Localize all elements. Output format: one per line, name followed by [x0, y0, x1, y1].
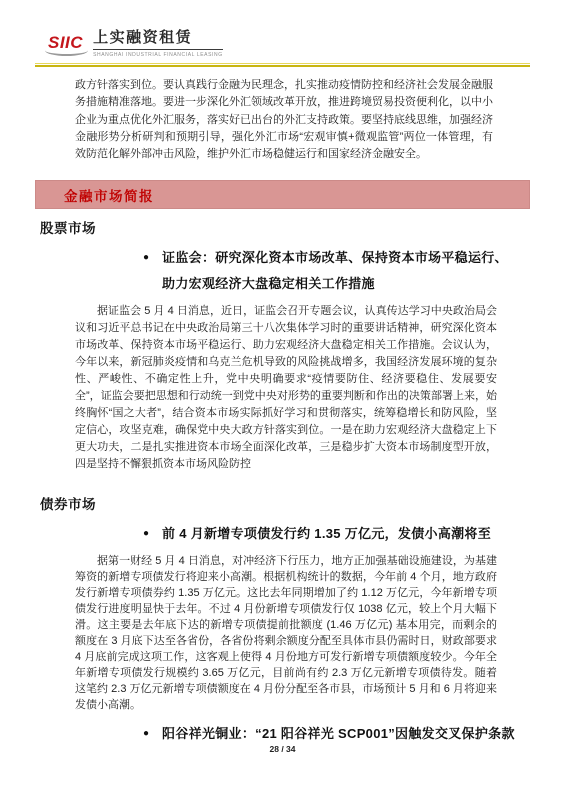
- siic-logo-icon: SIIC: [48, 33, 86, 58]
- news-item-body: 据证监会 5 月 4 日消息，近日，证监会召开专题会议，认真传达学习中央政治局会…: [75, 303, 497, 473]
- news-item-title: ● 前 4 月新增专项债发行约 1.35 万亿元，发债小高潮将至: [143, 521, 539, 547]
- news-item-title-text: 证监会：研究深化资本市场改革、保持资本市场平稳运行、 助力宏观经济大盘稳定相关工…: [162, 245, 508, 297]
- page-number: 28 / 34: [0, 744, 565, 754]
- news-item-body: 据第一财经 5 月 4 日消息，对冲经济下行压力，地方正加强基础设施建设，为基建…: [75, 553, 497, 713]
- section-heading-bond-market: 债券市场: [40, 493, 565, 513]
- page-header: SIIC 上实融资租赁 SHANGHAI INDUSTRIAL FINANCIA…: [0, 0, 565, 58]
- banner-title: 金融市场简报: [36, 185, 154, 205]
- news-item-title-text: 前 4 月新增专项债发行约 1.35 万亿元，发债小高潮将至: [162, 521, 491, 547]
- bullet-icon: ●: [143, 521, 149, 547]
- bullet-icon: ●: [143, 245, 149, 297]
- company-logo: SIIC 上实融资租赁 SHANGHAI INDUSTRIAL FINANCIA…: [48, 26, 530, 58]
- section-heading-stock-market: 股票市场: [40, 217, 565, 237]
- intro-paragraph: 政方针落实到位。要认真践行金融为民理念，扎实推动疫情防控和经济社会发展金融服务措…: [75, 77, 493, 163]
- section-banner: 金融市场简报: [35, 180, 530, 209]
- company-name-block: 上实融资租赁 SHANGHAI INDUSTRIAL FINANCIAL LEA…: [93, 26, 223, 58]
- company-name-english: SHANGHAI INDUSTRIAL FINANCIAL LEASING: [93, 52, 223, 58]
- document-page: SIIC 上实融资租赁 SHANGHAI INDUSTRIAL FINANCIA…: [0, 0, 565, 800]
- header-divider: [35, 63, 530, 67]
- company-name: 上实融资租赁: [93, 26, 223, 50]
- news-item-title: ● 证监会：研究深化资本市场改革、保持资本市场平稳运行、 助力宏观经济大盘稳定相…: [143, 245, 539, 297]
